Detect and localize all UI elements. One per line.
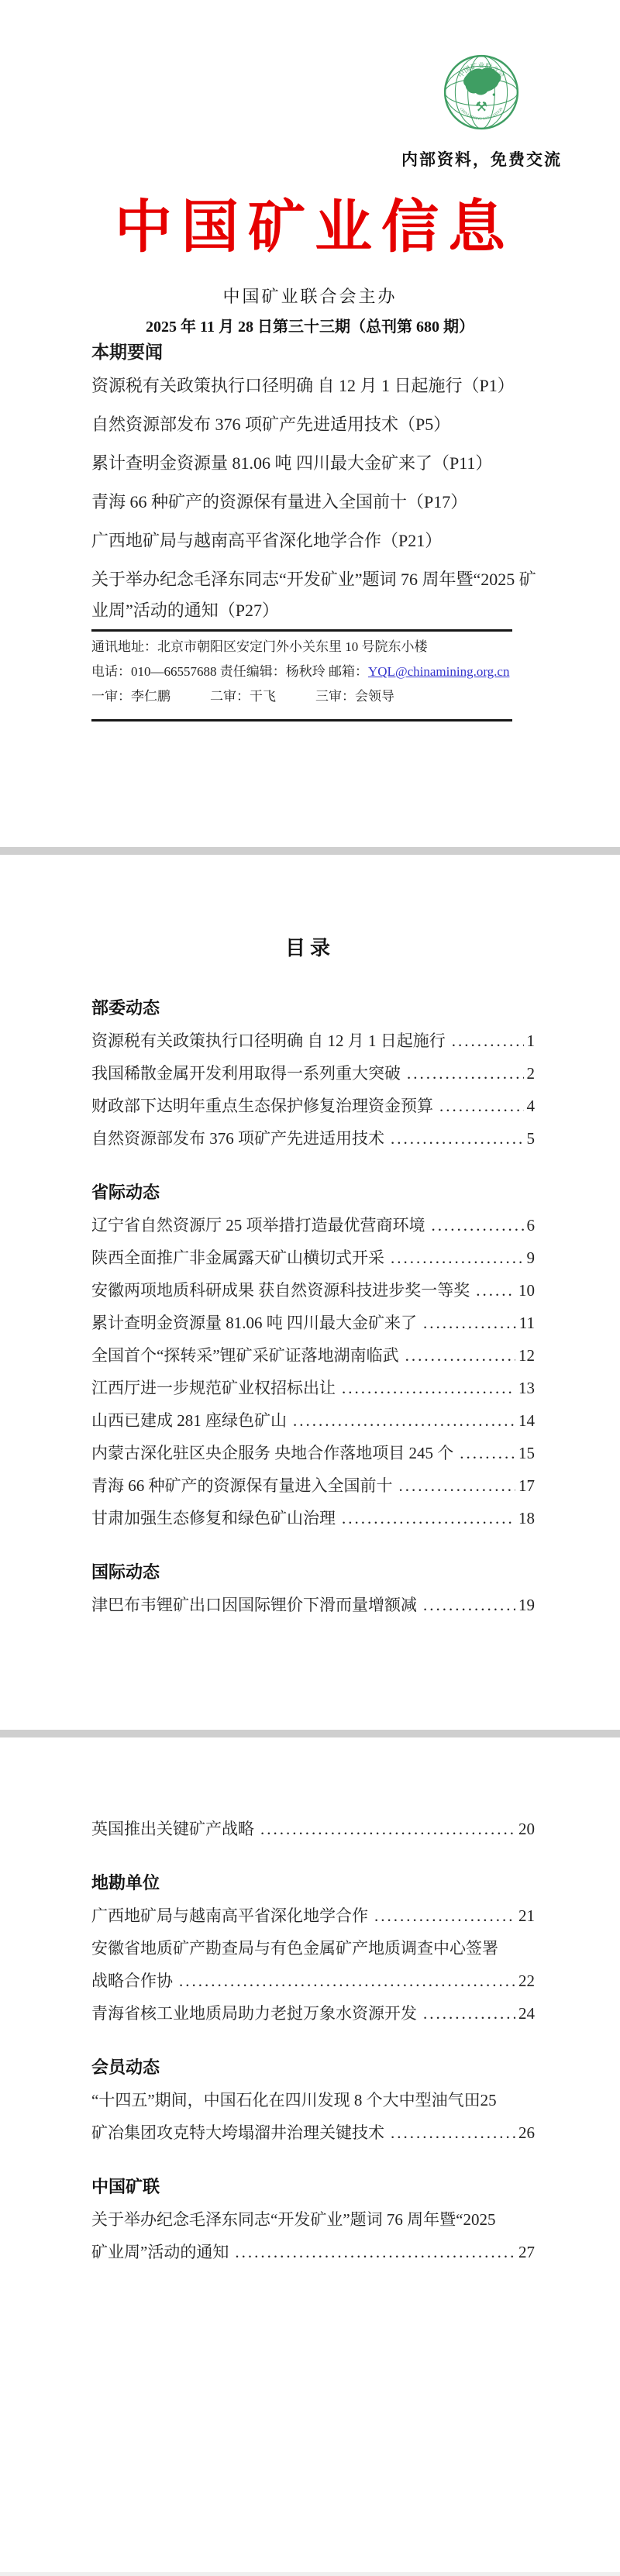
toc-item-text: 资源税有关政策执行口径明确 自 12 月 1 日起施行 — [91, 1029, 446, 1052]
toc-dot-leader: ........................................… — [391, 2121, 515, 2144]
toc-item: 累计查明金资源量 81.06 吨 四川最大金矿来了...............… — [91, 1311, 535, 1334]
toc-item: 津巴布韦锂矿出口因国际锂价下滑而量增额减....................… — [91, 1593, 535, 1617]
news-item: 自然资源部发布 376 项矿产先进适用技术（P5） — [91, 409, 539, 440]
toc-item-text: 我国稀散金属开发利用取得一系列重大突破 — [91, 1062, 401, 1085]
toc-item-page: 20 — [518, 1817, 535, 1841]
crossed-hammers-icon: ⚒ — [475, 99, 487, 114]
toc-item-text: 矿业周”活动的通知 — [91, 2240, 229, 2264]
toc-dot-leader: ........................................… — [423, 1593, 515, 1617]
toc-list: 部委动态资源税有关政策执行口径明确 自 12 月 1 日起施行.........… — [91, 997, 535, 1626]
toc-item-page: 13 — [518, 1376, 535, 1400]
toc-item-text: 安徽省地质矿产勘查局与有色金属矿产地质调查中心签署 — [91, 1937, 498, 1960]
masthead-footer: 通讯地址：北京市朝阳区安定门外小关东里 10 号院东小楼 电话：010—6655… — [91, 629, 527, 721]
page-separator — [0, 847, 620, 855]
toc-item-text: 青海 66 种矿产的资源保有量进入全国前十 — [91, 1474, 393, 1497]
toc-item: 安徽两项地质科研成果 获自然资源科技进步奖一等奖................… — [91, 1279, 535, 1302]
toc-item-page: 5 — [527, 1127, 536, 1150]
toc-section-heading: 部委动态 — [91, 997, 535, 1020]
toc-item: 我国稀散金属开发利用取得一系列重大突破.....................… — [91, 1062, 535, 1085]
publisher-line: 中国矿业联合会主办 — [0, 284, 620, 308]
toc-item-text: 全国首个“探转采”锂矿采矿证落地湖南临武 — [91, 1344, 399, 1367]
toc-item-page: 2 — [527, 1062, 536, 1085]
news-item: 资源税有关政策执行口径明确 自 12 月 1 日起施行（P1） — [91, 370, 539, 401]
toc-item-text: “十四五”期间，中国石化在四川发现 8 个大中型油气田 — [91, 2089, 480, 2112]
issue-date-line: 2025 年 11 月 28 日第三十三期（总刊第 680 期） — [0, 314, 620, 336]
toc-item-text: 自然资源部发布 376 项矿产先进适用技术 — [91, 1127, 384, 1150]
toc-section-heading: 地勘单位 — [91, 1872, 535, 1895]
toc-dot-leader: ........................................… — [439, 1094, 524, 1118]
toc-item-text: 累计查明金资源量 81.06 吨 四川最大金矿来了 — [91, 1311, 417, 1334]
toc-item-text: 山西已建成 281 座绿色矿山 — [91, 1409, 287, 1432]
toc-item: 资源税有关政策执行口径明确 自 12 月 1 日起施行.............… — [91, 1029, 535, 1052]
toc-item-text: 广西地矿局与越南高平省深化地学合作 — [91, 1904, 368, 1927]
toc-item: 甘肃加强生态修复和绿色矿山治理.........................… — [91, 1507, 535, 1530]
cma-logo: ⚒ 中国矿业联合会 CHINA MINING ASSOCIATION — [442, 50, 521, 133]
toc-dot-leader: ........................................… — [423, 1311, 516, 1334]
next-page-edge — [0, 2572, 620, 2576]
reviewers-line: 一审：李仁鹏 二审：干飞 三审：会领导 — [91, 688, 527, 704]
toc-item-text: 安徽两项地质科研成果 获自然资源科技进步奖一等奖 — [91, 1279, 470, 1302]
toc-item-page: 24 — [518, 2002, 535, 2025]
toc-dot-leader: ........................................… — [342, 1507, 515, 1530]
toc-section-heading: 国际动态 — [91, 1561, 535, 1584]
internal-material-badge: 内部资料，免费交流 — [401, 147, 562, 170]
toc-item-page: 11 — [519, 1311, 535, 1334]
toc-dot-leader: ........................................… — [432, 1214, 524, 1237]
toc-item-page: 12 — [518, 1344, 535, 1367]
page-separator — [0, 1730, 620, 1737]
news-item: 广西地矿局与越南高平省深化地学合作（P21） — [91, 525, 539, 556]
news-item: 关于举办纪念毛泽东同志“开发矿业”题词 76 周年暨“2025 矿业周”活动的通… — [91, 564, 539, 626]
toc-item-page: 14 — [518, 1409, 535, 1432]
toc-item-text: 矿冶集团攻克特大垮塌溜井治理关键技术 — [91, 2121, 384, 2144]
toc-page-1: 目录 部委动态资源税有关政策执行口径明确 自 12 月 1 日起施行......… — [0, 855, 620, 1730]
toc-item-page: 25 — [480, 2089, 497, 2112]
toc-item: 全国首个“探转采”锂矿采矿证落地湖南临武....................… — [91, 1344, 535, 1367]
toc-dot-leader: ........................................… — [407, 1062, 524, 1085]
toc-item-text: 辽宁省自然资源厅 25 项举措打造最优营商环境 — [91, 1214, 425, 1237]
cover-page: ⚒ 中国矿业联合会 CHINA MINING ASSOCIATION 内部资料，… — [0, 0, 620, 847]
toc-dot-leader: ........................................… — [476, 1279, 515, 1302]
toc-item-text: 甘肃加强生态修复和绿色矿山治理 — [91, 1507, 336, 1530]
toc-item: 关于举办纪念毛泽东同志“开发矿业”题词 76 周年暨“2025 — [91, 2208, 535, 2231]
toc-section-heading: 省际动态 — [91, 1181, 535, 1204]
toc-item-text: 关于举办纪念毛泽东同志“开发矿业”题词 76 周年暨“2025 — [91, 2208, 495, 2231]
toc-item-page: 19 — [518, 1593, 535, 1617]
toc-item: 英国推出关键矿产战略..............................… — [91, 1817, 535, 1841]
toc-item-page: 9 — [527, 1246, 536, 1269]
toc-dot-leader: ........................................… — [293, 1409, 515, 1432]
toc-item-text: 青海省核工业地质局助力老挝万象水资源开发 — [91, 2002, 417, 2025]
toc-item-page: 21 — [518, 1904, 535, 1927]
toc-dot-leader: ........................................… — [342, 1376, 515, 1400]
toc-item: 陕西全面推广非金属露天矿山横切式开采......................… — [91, 1246, 535, 1269]
toc-item-page: 10 — [518, 1279, 535, 1302]
toc-dot-leader: ........................................… — [374, 1904, 515, 1927]
toc-item: “十四五”期间，中国石化在四川发现 8 个大中型油气田25 — [91, 2089, 535, 2112]
toc-dot-leader: ........................................… — [423, 2002, 515, 2025]
logo-island-dot — [493, 93, 495, 95]
toc-item: 矿业周”活动的通知...............................… — [91, 2240, 535, 2264]
toc-item: 内蒙古深化驻区央企服务 央地合作落地项目 245 个..............… — [91, 1441, 535, 1465]
toc-item-page: 6 — [527, 1214, 536, 1237]
contact-address: 通讯地址：北京市朝阳区安定门外小关东里 10 号院东小楼 — [91, 639, 527, 655]
toc-list: 英国推出关键矿产战略..............................… — [91, 1817, 535, 2273]
toc-item: 山西已建成 281 座绿色矿山.........................… — [91, 1409, 535, 1432]
toc-item-page: 4 — [527, 1094, 536, 1118]
toc-dot-leader: ........................................… — [179, 1969, 515, 1992]
toc-item-text: 津巴布韦锂矿出口因国际锂价下滑而量增额减 — [91, 1593, 417, 1617]
toc-item: 青海 66 种矿产的资源保有量进入全国前十...................… — [91, 1474, 535, 1497]
highlights-list: 资源税有关政策执行口径明确 自 12 月 1 日起施行（P1）自然资源部发布 3… — [91, 370, 539, 626]
toc-item: 矿冶集团攻克特大垮塌溜井治理关键技术......................… — [91, 2121, 535, 2144]
toc-item: 青海省核工业地质局助力老挝万象水资源开发....................… — [91, 2002, 535, 2025]
toc-dot-leader: ........................................… — [235, 2240, 515, 2264]
footer-rule-bottom — [91, 719, 512, 721]
toc-item: 广西地矿局与越南高平省深化地学合作.......................… — [91, 1904, 535, 1927]
toc-item-text: 江西厅进一步规范矿业权招标出让 — [91, 1376, 336, 1400]
contact-phone-prefix: 电话：010—66557688 责任编辑：杨秋玲 邮箱： — [91, 664, 368, 679]
toc-item: 财政部下达明年重点生态保护修复治理资金预算...................… — [91, 1094, 535, 1118]
toc-item-page: 1 — [527, 1029, 536, 1052]
contact-phone-line: 电话：010—66557688 责任编辑：杨秋玲 邮箱：YQL@chinamin… — [91, 663, 527, 680]
toc-dot-leader: ........................................… — [460, 1441, 515, 1465]
toc-dot-leader: ........................................… — [260, 1817, 515, 1841]
toc-item-text: 内蒙古深化驻区央企服务 央地合作落地项目 245 个 — [91, 1441, 453, 1465]
toc-item: 自然资源部发布 376 项矿产先进适用技术...................… — [91, 1127, 535, 1150]
toc-item-page: 18 — [518, 1507, 535, 1530]
toc-item-text: 战略合作协 — [91, 1969, 173, 1992]
toc-item: 辽宁省自然资源厅 25 项举措打造最优营商环境.................… — [91, 1214, 535, 1237]
toc-item-text: 英国推出关键矿产战略 — [91, 1817, 254, 1841]
highlights-section: 本期要闻 资源税有关政策执行口径明确 自 12 月 1 日起施行（P1）自然资源… — [91, 341, 539, 634]
toc-item-text: 陕西全面推广非金属露天矿山横切式开采 — [91, 1246, 384, 1269]
toc-section-heading: 会员动态 — [91, 2056, 535, 2079]
publication-title: 中国矿业信息 — [0, 181, 620, 263]
toc-item-page: 26 — [518, 2121, 535, 2144]
highlights-heading: 本期要闻 — [91, 341, 539, 364]
toc-item-text: 财政部下达明年重点生态保护修复治理资金预算 — [91, 1094, 433, 1118]
toc-item-page: 27 — [518, 2240, 535, 2264]
toc-title: 目录 — [0, 932, 620, 961]
editor-email-link[interactable]: YQL@chinamining.org.cn — [368, 664, 509, 679]
toc-dot-leader: ........................................… — [399, 1474, 516, 1497]
cma-logo-emblem: ⚒ 中国矿业联合会 CHINA MINING ASSOCIATION — [442, 50, 521, 133]
footer-rule-top — [91, 629, 512, 632]
toc-item-page: 15 — [518, 1441, 535, 1465]
toc-item-page: 17 — [518, 1474, 535, 1497]
document-viewer: ⚒ 中国矿业联合会 CHINA MINING ASSOCIATION 内部资料，… — [0, 0, 620, 2576]
toc-item: 江西厅进一步规范矿业权招标出让.........................… — [91, 1376, 535, 1400]
toc-item: 战略合作协...................................… — [91, 1969, 535, 1992]
toc-section-heading: 中国矿联 — [91, 2175, 535, 2199]
toc-dot-leader: ........................................… — [391, 1127, 524, 1150]
toc-dot-leader: ........................................… — [391, 1246, 524, 1269]
toc-page-2: 英国推出关键矿产战略..............................… — [0, 1737, 620, 2576]
toc-item: 安徽省地质矿产勘查局与有色金属矿产地质调查中心签署 — [91, 1937, 535, 1960]
news-item: 累计查明金资源量 81.06 吨 四川最大金矿来了（P11） — [91, 448, 539, 479]
toc-item-page: 22 — [518, 1969, 535, 1992]
toc-dot-leader: ........................................… — [452, 1029, 524, 1052]
news-item: 青海 66 种矿产的资源保有量进入全国前十（P17） — [91, 487, 539, 518]
toc-dot-leader: ........................................… — [405, 1344, 515, 1367]
